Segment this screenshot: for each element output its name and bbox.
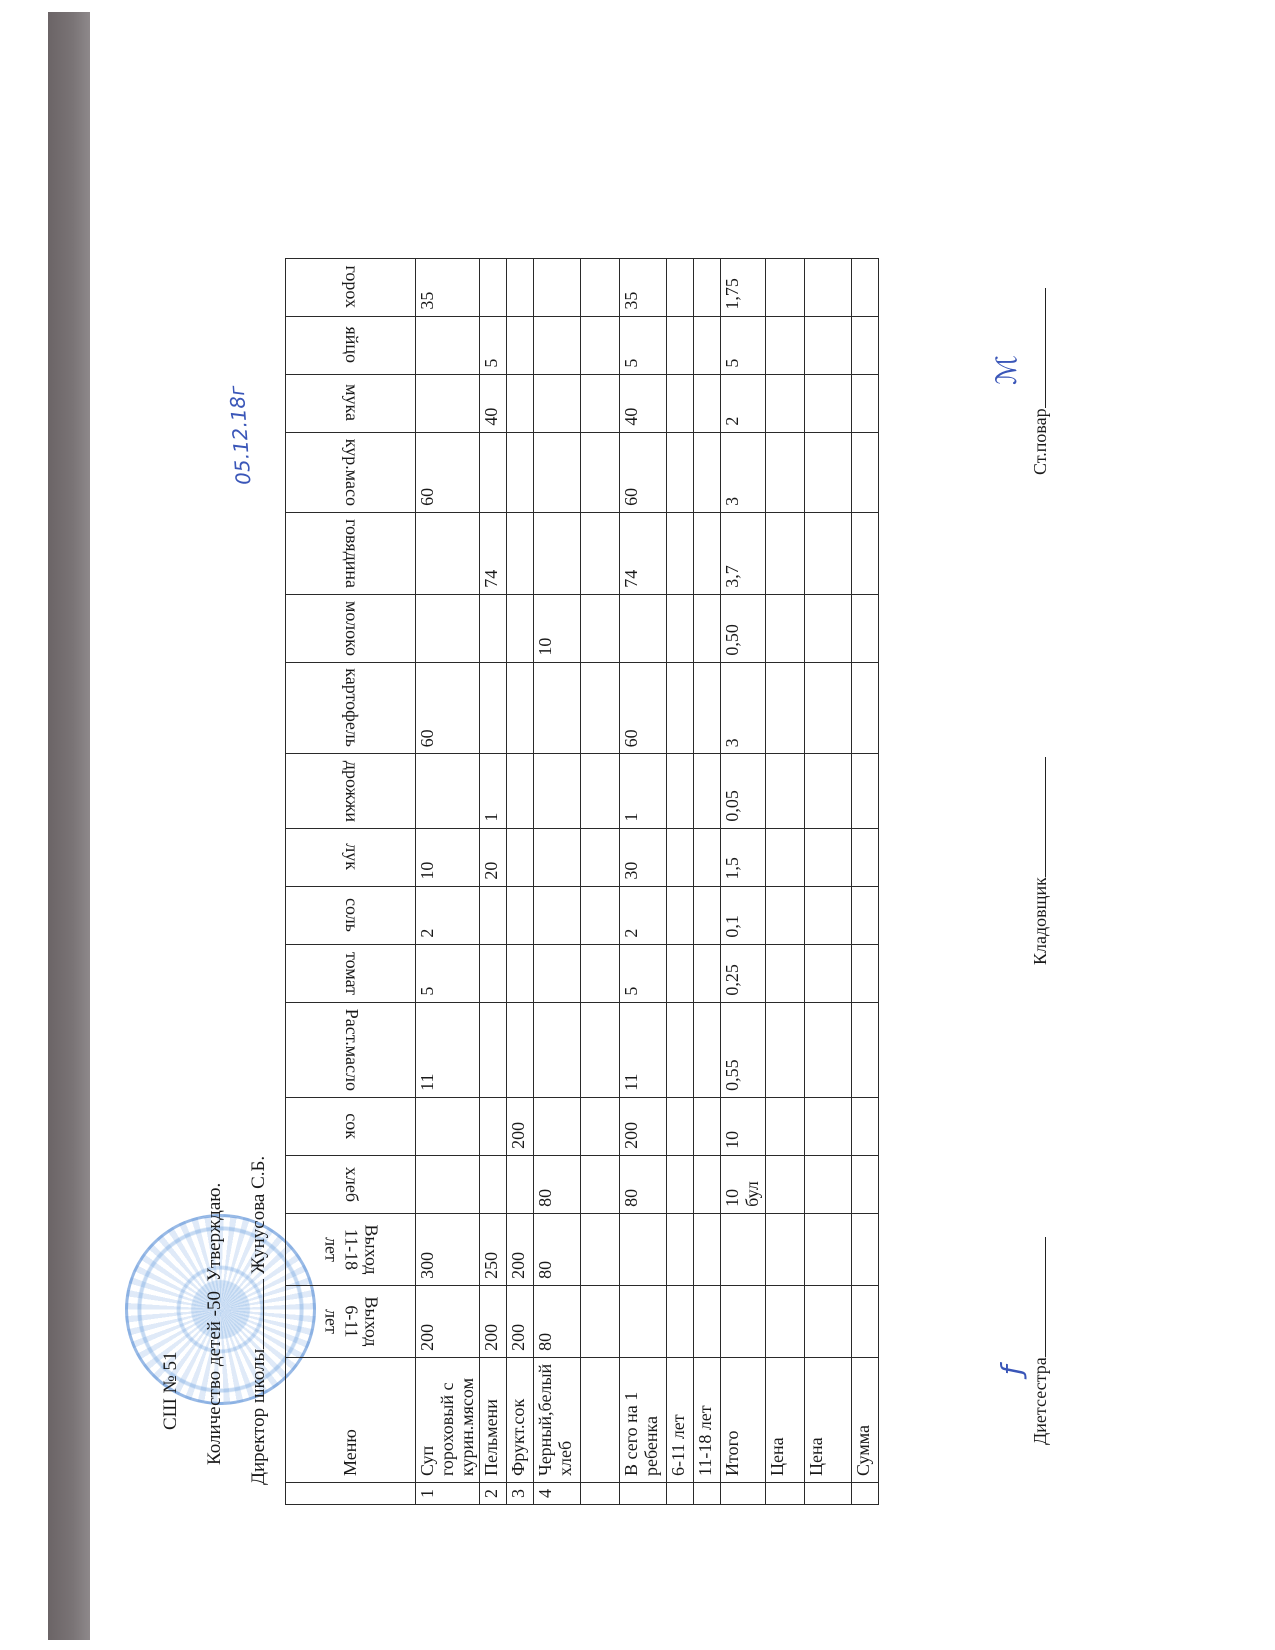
cell-menu: Итого: [721, 1357, 766, 1482]
cell-peas: [534, 258, 581, 316]
cell-chicken: [667, 432, 694, 512]
cell-menu: Пельмени: [480, 1357, 507, 1482]
cell-out-11-18: [620, 1213, 667, 1285]
column-header-beef: говядина: [286, 512, 416, 594]
cell-tomato: [804, 944, 851, 1002]
cell-egg: [765, 316, 804, 374]
table-row: Цена: [804, 258, 851, 1504]
cell-onion: [851, 828, 878, 886]
cell-yeast: [694, 754, 721, 828]
cell-menu: Цена: [765, 1357, 804, 1482]
table-row: 4Черный,белый хлеб80808010: [534, 258, 581, 1504]
cell-yeast: [534, 754, 581, 828]
column-header-label: говядина: [341, 519, 361, 588]
cell-yeast: [507, 754, 534, 828]
table-row: [581, 258, 620, 1504]
cell-chicken: 60: [620, 432, 667, 512]
cell-oil: [765, 1002, 804, 1097]
cell-out-11-18: 80: [534, 1213, 581, 1285]
cell-egg: [851, 316, 878, 374]
cell-bread: [480, 1155, 507, 1213]
column-header-label: яйцо: [341, 327, 361, 364]
column-header-label: Выход 11-18 лет: [321, 1220, 380, 1279]
cell-salt: [694, 886, 721, 944]
cell-chicken: [581, 432, 620, 512]
cell-menu: 11-18 лет: [694, 1357, 721, 1482]
cell-menu: Черный,белый хлеб: [534, 1357, 581, 1482]
cell-juice: [765, 1097, 804, 1155]
cell-juice: [480, 1097, 507, 1155]
column-header-out-11-18: Выход 11-18 лет: [286, 1213, 416, 1285]
cell-milk: [507, 594, 534, 662]
cell-juice: 200: [507, 1097, 534, 1155]
cell-onion: [667, 828, 694, 886]
cell-yeast: [581, 754, 620, 828]
dietitian-handwritten-signature: ƒ: [995, 1365, 1028, 1375]
cell-out-11-18: [721, 1213, 766, 1285]
cell-flour: [694, 374, 721, 432]
cell-num: [620, 1483, 667, 1505]
cell-out-6-11: [804, 1285, 851, 1357]
column-header-menu: Меню: [286, 1357, 416, 1482]
cell-beef: [581, 512, 620, 594]
cell-potato: 3: [721, 662, 766, 754]
cell-menu: Фрукт.сок: [507, 1357, 534, 1482]
cell-salt: 2: [620, 886, 667, 944]
cell-peas: [507, 258, 534, 316]
cell-out-6-11: [694, 1285, 721, 1357]
cell-beef: [694, 512, 721, 594]
scan-edge-shadow: [48, 12, 90, 1640]
cell-chicken: [694, 432, 721, 512]
cell-salt: [804, 886, 851, 944]
head-cook-signature: Ст.повар: [1030, 288, 1051, 475]
cell-salt: [765, 886, 804, 944]
cell-peas: 35: [620, 258, 667, 316]
column-header-label: картофель: [341, 669, 361, 748]
cell-beef: 74: [480, 512, 507, 594]
cell-beef: [507, 512, 534, 594]
cell-out-11-18: [804, 1213, 851, 1285]
cell-out-6-11: [581, 1285, 620, 1357]
cell-oil: 0,55: [721, 1002, 766, 1097]
cell-oil: 11: [620, 1002, 667, 1097]
cell-potato: [765, 662, 804, 754]
cell-onion: [507, 828, 534, 886]
cell-chicken: [507, 432, 534, 512]
cell-bread: [507, 1155, 534, 1213]
cell-beef: 74: [620, 512, 667, 594]
cell-milk: [667, 594, 694, 662]
cell-yeast: [804, 754, 851, 828]
cell-salt: [581, 886, 620, 944]
cell-peas: [480, 258, 507, 316]
cell-oil: [581, 1002, 620, 1097]
cell-beef: [534, 512, 581, 594]
cell-oil: [804, 1002, 851, 1097]
cell-num: [804, 1483, 851, 1505]
cell-juice: [667, 1097, 694, 1155]
cell-num: 4: [534, 1483, 581, 1505]
cell-juice: [534, 1097, 581, 1155]
head-cook-handwritten-signature: ℳ: [990, 355, 1023, 385]
column-header-label: дрожжи: [341, 760, 361, 821]
cell-egg: [507, 316, 534, 374]
cell-oil: [480, 1002, 507, 1097]
column-header-yeast: дрожжи: [286, 754, 416, 828]
cell-beef: [804, 512, 851, 594]
column-header-label: горох: [341, 266, 361, 309]
cell-bread: [804, 1155, 851, 1213]
cell-oil: [507, 1002, 534, 1097]
table-row: Цена: [765, 258, 804, 1504]
cell-onion: 30: [620, 828, 667, 886]
cell-out-6-11: [620, 1285, 667, 1357]
column-header-label: соль: [341, 898, 361, 932]
cell-bread: 10 бул: [721, 1155, 766, 1213]
cell-egg: 5: [480, 316, 507, 374]
column-header-flour: мука: [286, 374, 416, 432]
column-header-out-6-11: Выход 6-11 лет: [286, 1285, 416, 1357]
cell-yeast: [667, 754, 694, 828]
cell-oil: [694, 1002, 721, 1097]
menu-table: МенюВыход 6-11 летВыход 11-18 летхлебсок…: [285, 258, 879, 1505]
cell-beef: 3,7: [721, 512, 766, 594]
column-header-peas: горох: [286, 258, 416, 316]
column-header-label: томат: [341, 952, 361, 995]
cell-egg: 5: [721, 316, 766, 374]
cell-menu: В сего на 1 ребенка: [620, 1357, 667, 1482]
column-header-label: молоко: [341, 601, 361, 656]
cell-out-6-11: [667, 1285, 694, 1357]
cell-tomato: 5: [620, 944, 667, 1002]
cell-out-11-18: 250: [480, 1213, 507, 1285]
cell-out-6-11: 200: [507, 1285, 534, 1357]
cell-chicken: [851, 432, 878, 512]
director-label: Директор школы: [248, 1349, 269, 1485]
cell-bread: [694, 1155, 721, 1213]
cell-out-6-11: 200: [480, 1285, 507, 1357]
column-header-label: кур.масо: [341, 439, 361, 506]
cell-potato: [804, 662, 851, 754]
cell-juice: [851, 1097, 878, 1155]
cell-milk: 0,50: [721, 594, 766, 662]
cell-egg: 5: [620, 316, 667, 374]
cell-potato: [851, 662, 878, 754]
table-body: 1Суп гороховый с курин.мясом200300115210…: [416, 258, 879, 1504]
cell-onion: 20: [480, 828, 507, 886]
cell-chicken: 60: [416, 432, 480, 512]
signature-line: [1031, 288, 1046, 408]
cell-oil: 11: [416, 1002, 480, 1097]
cell-menu: Суп гороховый с курин.мясом: [416, 1357, 480, 1482]
cell-yeast: [851, 754, 878, 828]
cell-beef: [667, 512, 694, 594]
cell-num: [694, 1483, 721, 1505]
document-sheet: СШ № 51 Количество детей -50 Утверждаю. …: [160, 45, 1100, 1525]
cell-yeast: [416, 754, 480, 828]
director-name: Жунусова С.Б.: [248, 1156, 269, 1274]
column-header-salt: соль: [286, 886, 416, 944]
director-line: Директор школы Жунусова С.Б.: [248, 1156, 270, 1485]
cell-onion: 10: [416, 828, 480, 886]
cell-tomato: 5: [416, 944, 480, 1002]
cell-out-11-18: [581, 1213, 620, 1285]
cell-num: [667, 1483, 694, 1505]
column-header-label: лук: [341, 844, 361, 871]
cell-chicken: [534, 432, 581, 512]
column-header-tomato: томат: [286, 944, 416, 1002]
school-name: СШ № 51: [160, 1352, 182, 1430]
dietitian-signature: Диетсестра: [1030, 1237, 1051, 1445]
cell-potato: [534, 662, 581, 754]
cell-chicken: 3: [721, 432, 766, 512]
cell-juice: 200: [620, 1097, 667, 1155]
cell-juice: [694, 1097, 721, 1155]
column-header-egg: яйцо: [286, 316, 416, 374]
cell-salt: 2: [416, 886, 480, 944]
cell-num: 1: [416, 1483, 480, 1505]
cell-flour: [534, 374, 581, 432]
cell-potato: [581, 662, 620, 754]
cell-beef: [851, 512, 878, 594]
cell-out-11-18: [667, 1213, 694, 1285]
cell-salt: [534, 886, 581, 944]
cell-bread: 80: [620, 1155, 667, 1213]
cell-peas: [804, 258, 851, 316]
cell-menu: Сумма: [851, 1357, 878, 1482]
cell-onion: [694, 828, 721, 886]
cell-flour: [581, 374, 620, 432]
cell-beef: [765, 512, 804, 594]
cell-beef: [416, 512, 480, 594]
cell-chicken: [480, 432, 507, 512]
cell-out-6-11: 80: [534, 1285, 581, 1357]
cell-tomato: [581, 944, 620, 1002]
cell-potato: 60: [620, 662, 667, 754]
column-header-label: Раст.масло: [341, 1009, 361, 1091]
column-header-num: [286, 1483, 416, 1505]
cell-menu: Цена: [804, 1357, 851, 1482]
cell-chicken: [765, 432, 804, 512]
cell-bread: 80: [534, 1155, 581, 1213]
cell-flour: [416, 374, 480, 432]
cell-potato: [507, 662, 534, 754]
head-cook-label: Ст.повар: [1030, 408, 1050, 475]
cell-bread: [416, 1155, 480, 1213]
cell-tomato: [507, 944, 534, 1002]
cell-out-11-18: [694, 1213, 721, 1285]
cell-flour: 40: [480, 374, 507, 432]
children-count: Количество детей -50: [204, 1291, 225, 1465]
column-header-oil: Раст.масло: [286, 1002, 416, 1097]
cell-milk: [851, 594, 878, 662]
cell-peas: [667, 258, 694, 316]
column-header-bread: хлеб: [286, 1155, 416, 1213]
cell-oil: [534, 1002, 581, 1097]
column-header-onion: лук: [286, 828, 416, 886]
cell-oil: [667, 1002, 694, 1097]
cell-egg: [581, 316, 620, 374]
cell-out-6-11: 200: [416, 1285, 480, 1357]
cell-out-11-18: [851, 1213, 878, 1285]
cell-egg: [694, 316, 721, 374]
cell-tomato: [694, 944, 721, 1002]
cell-onion: 1,5: [721, 828, 766, 886]
cell-out-6-11: [721, 1285, 766, 1357]
storekeeper-signature: Кладовщик: [1030, 757, 1051, 965]
table-row: 2Пельмени20025020174405: [480, 258, 507, 1504]
cell-juice: 10: [721, 1097, 766, 1155]
table-row: В сего на 1 ребенка802001152301607460405…: [620, 258, 667, 1504]
cell-yeast: 1: [480, 754, 507, 828]
signature-line: [1031, 757, 1046, 877]
cell-tomato: [534, 944, 581, 1002]
cell-egg: [804, 316, 851, 374]
column-header-chicken: кур.масо: [286, 432, 416, 512]
cell-tomato: 0,25: [721, 944, 766, 1002]
cell-milk: [581, 594, 620, 662]
cell-juice: [804, 1097, 851, 1155]
cell-yeast: [765, 754, 804, 828]
cell-peas: [851, 258, 878, 316]
column-header-potato: картофель: [286, 662, 416, 754]
cell-bread: [581, 1155, 620, 1213]
cell-flour: [765, 374, 804, 432]
cell-peas: 1,75: [721, 258, 766, 316]
cell-milk: [480, 594, 507, 662]
cell-milk: [694, 594, 721, 662]
cell-milk: 10: [534, 594, 581, 662]
cell-tomato: [480, 944, 507, 1002]
cell-num: [721, 1483, 766, 1505]
cell-potato: [667, 662, 694, 754]
cell-peas: [694, 258, 721, 316]
cell-potato: 60: [416, 662, 480, 754]
cell-out-6-11: [851, 1285, 878, 1357]
column-header-label: мука: [341, 385, 361, 422]
table-row: 6-11 лет: [667, 258, 694, 1504]
table-row: 11-18 лет: [694, 258, 721, 1504]
table-row: 3Фрукт.сок200200200: [507, 258, 534, 1504]
cell-num: 3: [507, 1483, 534, 1505]
cell-potato: [480, 662, 507, 754]
column-header-label: хлеб: [341, 1167, 361, 1202]
column-header-label: сок: [341, 1113, 361, 1139]
cell-num: [851, 1483, 878, 1505]
cell-flour: [804, 374, 851, 432]
cell-oil: [851, 1002, 878, 1097]
cell-juice: [581, 1097, 620, 1155]
cell-out-6-11: [765, 1285, 804, 1357]
cell-milk: [620, 594, 667, 662]
cell-bread: [667, 1155, 694, 1213]
approve-label: Утверждаю.: [204, 1183, 225, 1282]
cell-onion: [765, 828, 804, 886]
cell-menu: [581, 1357, 620, 1482]
cell-potato: [694, 662, 721, 754]
cell-peas: [765, 258, 804, 316]
director-signature-line: [249, 1279, 264, 1349]
cell-num: 2: [480, 1483, 507, 1505]
cell-milk: [804, 594, 851, 662]
cell-flour: [667, 374, 694, 432]
cell-peas: [581, 258, 620, 316]
cell-salt: [480, 886, 507, 944]
cell-bread: [765, 1155, 804, 1213]
column-header-label: Выход 6-11 лет: [321, 1292, 380, 1351]
cell-yeast: 0,05: [721, 754, 766, 828]
cell-egg: [534, 316, 581, 374]
cell-flour: [851, 374, 878, 432]
cell-tomato: [765, 944, 804, 1002]
children-count-line: Количество детей -50 Утверждаю.: [204, 1183, 226, 1465]
dietitian-label: Диетсестра: [1030, 1357, 1050, 1445]
cell-salt: 0,1: [721, 886, 766, 944]
cell-egg: [667, 316, 694, 374]
cell-peas: 35: [416, 258, 480, 316]
cell-flour: 2: [721, 374, 766, 432]
cell-onion: [581, 828, 620, 886]
cell-out-11-18: 200: [507, 1213, 534, 1285]
cell-salt: [851, 886, 878, 944]
table-header-row: МенюВыход 6-11 летВыход 11-18 летхлебсок…: [286, 258, 416, 1504]
cell-tomato: [667, 944, 694, 1002]
cell-out-11-18: [765, 1213, 804, 1285]
cell-flour: [507, 374, 534, 432]
cell-onion: [534, 828, 581, 886]
table-row: Сумма: [851, 258, 878, 1504]
cell-yeast: 1: [620, 754, 667, 828]
signature-line: [1031, 1237, 1046, 1357]
cell-out-11-18: 300: [416, 1213, 480, 1285]
column-header-juice: сок: [286, 1097, 416, 1155]
cell-milk: [765, 594, 804, 662]
cell-salt: [507, 886, 534, 944]
cell-milk: [416, 594, 480, 662]
cell-salt: [667, 886, 694, 944]
table-row: 1Суп гороховый с курин.мясом200300115210…: [416, 258, 480, 1504]
column-header-milk: молоко: [286, 594, 416, 662]
handwritten-date: 05.12.18г: [225, 385, 256, 486]
table-row: Итого10 бул100,550,250,11,50,0530,503,73…: [721, 258, 766, 1504]
cell-juice: [416, 1097, 480, 1155]
cell-bread: [851, 1155, 878, 1213]
cell-chicken: [804, 432, 851, 512]
cell-num: [765, 1483, 804, 1505]
cell-onion: [804, 828, 851, 886]
cell-menu: 6-11 лет: [667, 1357, 694, 1482]
cell-tomato: [851, 944, 878, 1002]
cell-egg: [416, 316, 480, 374]
cell-num: [581, 1483, 620, 1505]
cell-flour: 40: [620, 374, 667, 432]
storekeeper-label: Кладовщик: [1030, 877, 1050, 965]
